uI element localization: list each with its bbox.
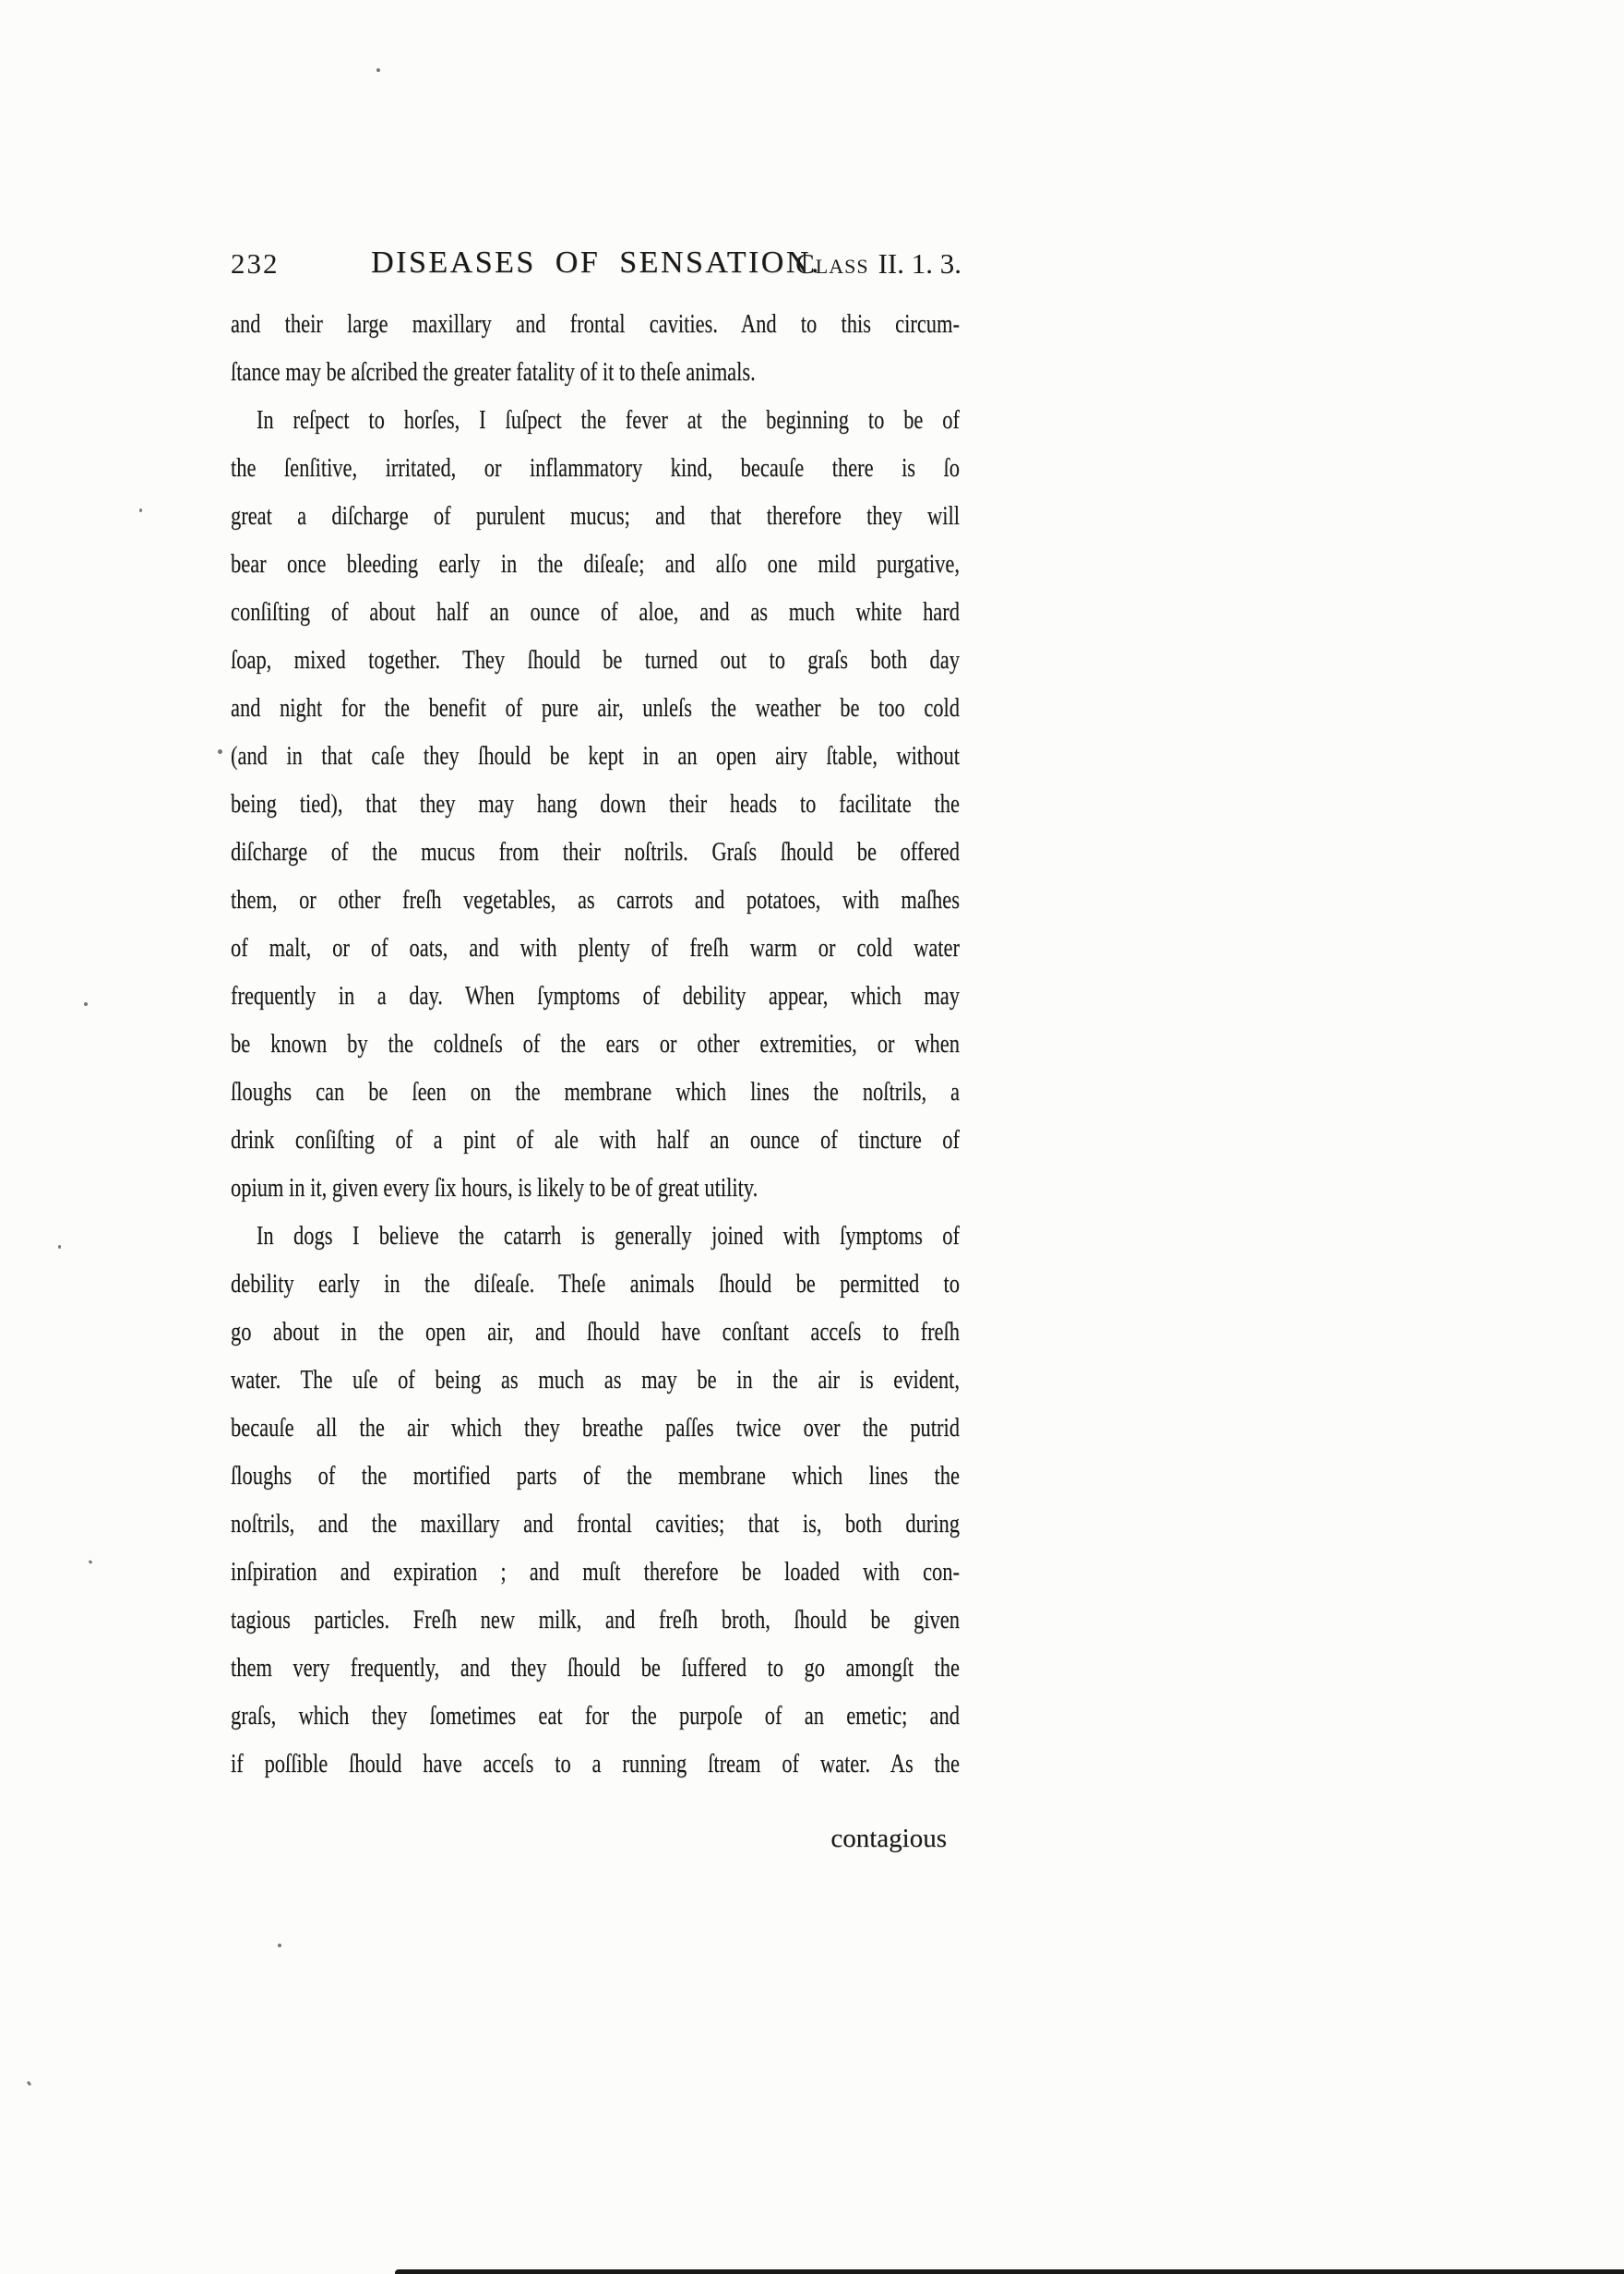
text-line: diſcharge of the mucus from their noſtri… bbox=[231, 828, 960, 876]
text-line: becauſe all the air which they breathe p… bbox=[231, 1404, 960, 1452]
section-label: ClassII. 1. 3. bbox=[795, 247, 961, 281]
text-line: (and in that caſe they ſhould be kept in… bbox=[231, 732, 960, 780]
section-class-ref: II. 1. 3. bbox=[878, 247, 961, 280]
text-line: ſloughs can be ſeen on the membrane whic… bbox=[231, 1068, 960, 1116]
text-line: the ſenſitive, irritated, or inflammator… bbox=[231, 444, 960, 492]
text-line: be known by the coldneſs of the ears or … bbox=[231, 1020, 960, 1068]
text-line: graſs, which they ſometimes eat for the … bbox=[231, 1692, 960, 1740]
scan-artifact bbox=[27, 2081, 31, 2087]
section-class-word: Class bbox=[795, 247, 868, 280]
text-line: debility early in the diſeaſe. Theſe ani… bbox=[231, 1260, 960, 1308]
text-line: if poſſible ſhould have acceſs to a runn… bbox=[231, 1740, 960, 1788]
text-line: noſtrils, and the maxillary and frontal … bbox=[231, 1500, 960, 1548]
text-line: of malt, or of oats, and with plenty of … bbox=[231, 924, 960, 972]
scan-artifact bbox=[58, 1245, 61, 1249]
scan-artifact bbox=[84, 1002, 88, 1006]
text-line: conſiſting of about half an ounce of alo… bbox=[231, 588, 960, 636]
text-line: frequently in a day. When ſymptoms of de… bbox=[231, 972, 960, 1020]
scan-artifact bbox=[376, 68, 380, 72]
page-header: 232 DISEASES OF SENSATION. ClassII. 1. 3… bbox=[231, 236, 961, 281]
text-line: great a diſcharge of purulent mucus; and… bbox=[231, 492, 960, 540]
book-page: 232 DISEASES OF SENSATION. ClassII. 1. 3… bbox=[0, 0, 1624, 2274]
text-line: being tied), that they may hang down the… bbox=[231, 780, 960, 828]
text-line: ſoap, mixed together. They ſhould be tur… bbox=[231, 636, 960, 684]
text-line: tagious particles. Freſh new milk, and f… bbox=[231, 1596, 960, 1644]
catchword: contagious bbox=[231, 1814, 960, 1862]
text-line: them very frequently, and they ſhould be… bbox=[231, 1644, 960, 1692]
text-line: In reſpect to horſes, I ſuſpect the feve… bbox=[231, 396, 960, 444]
scan-artifact bbox=[139, 509, 142, 512]
text-line: In dogs I believe the catarrh is general… bbox=[231, 1212, 960, 1260]
scan-artifact bbox=[89, 1560, 93, 1564]
text-line: and night for the benefit of pure air, u… bbox=[231, 684, 960, 732]
text-line: water. The uſe of being as much as may b… bbox=[231, 1356, 960, 1404]
text-line: drink conſiſting of a pint of ale with h… bbox=[231, 1116, 960, 1164]
text-line: inſpiration and expiration ; and muſt th… bbox=[231, 1548, 960, 1596]
scan-artifact bbox=[278, 1944, 281, 1947]
text-line: bear once bleeding early in the diſeaſe;… bbox=[231, 540, 960, 588]
text-line: ſloughs of the mortified parts of the me… bbox=[231, 1452, 960, 1500]
text-line: and their large maxillary and frontal ca… bbox=[231, 300, 960, 348]
text-block: and their large maxillary and frontal ca… bbox=[231, 300, 960, 1788]
text-line: opium in it, given every ſix hours, is l… bbox=[231, 1164, 960, 1212]
page-edge-shadow bbox=[395, 2269, 1624, 2274]
scan-artifact bbox=[218, 749, 222, 754]
text-line: go about in the open air, and ſhould hav… bbox=[231, 1308, 960, 1356]
text-line: them, or other freſh vegetables, as carr… bbox=[231, 876, 960, 924]
text-line: ſtance may be aſcribed the greater fatal… bbox=[231, 348, 960, 396]
